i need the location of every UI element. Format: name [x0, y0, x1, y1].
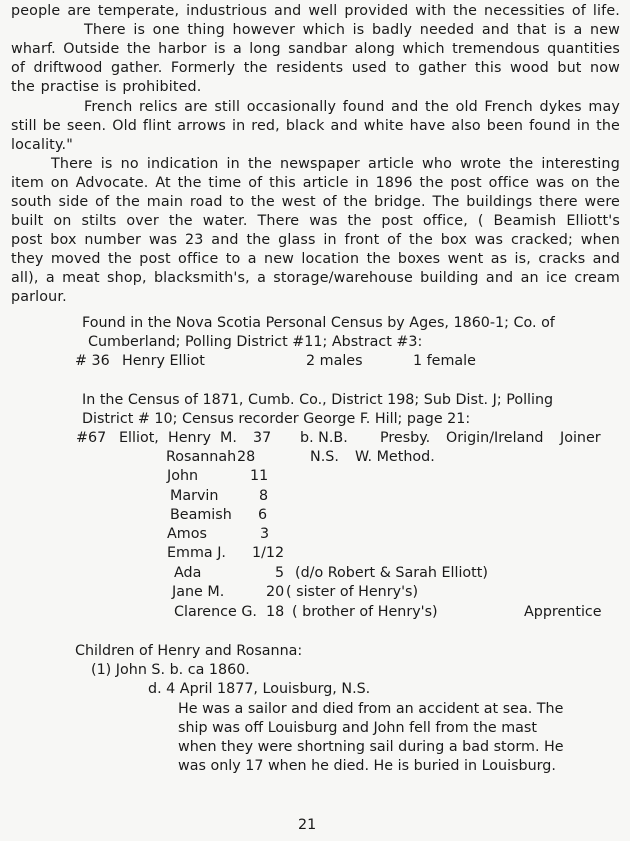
- census-1861-intro-2: Cumberland; Polling District #11; Abstra…: [88, 333, 422, 352]
- census-1861-entry-males: 2 males: [306, 352, 363, 371]
- text-line: There is one thing however which is badl…: [11, 21, 620, 40]
- census-1861-entry-females: 1 female: [413, 352, 476, 371]
- census-row-religion: Presby.: [380, 429, 430, 448]
- census-1871-intro-1: In the Census of 1871, Cumb. Co., Distri…: [82, 391, 553, 410]
- census-row-age: 20: [266, 583, 284, 602]
- children-heading: Children of Henry and Rosanna:: [75, 642, 302, 661]
- text-line: they moved the post office to a new loca…: [11, 250, 620, 269]
- text-line: of driftwood gather. Formerly the reside…: [11, 59, 620, 78]
- census-row-birthplace: N.S.: [310, 448, 339, 467]
- paragraph-french-relics: French relics are still occasionally fou…: [11, 98, 620, 155]
- text-line: post box number was 23 and the glass in …: [11, 231, 620, 250]
- text-line: locality.": [11, 136, 620, 155]
- census-row-name: Emma J.: [167, 544, 226, 563]
- census-row-age: 28: [237, 448, 255, 467]
- child-1-death: d. 4 April 1877, Louisburg, N.S.: [148, 680, 370, 699]
- census-row-note: ( brother of Henry's): [292, 603, 438, 622]
- census-row-name: Marvin: [170, 487, 218, 506]
- household-number: #67: [76, 429, 106, 448]
- census-row-origin: Origin/Ireland: [446, 429, 543, 448]
- census-row-name: Rosannah: [166, 448, 236, 467]
- text-line: built on stilts over the water. There wa…: [11, 212, 620, 231]
- household-surname: Elliot,: [119, 429, 159, 448]
- census-row-age: 8: [259, 487, 268, 506]
- census-row-note: (d/o Robert & Sarah Elliott): [295, 564, 488, 583]
- census-1861-entry-name: Henry Elliot: [122, 352, 205, 371]
- census-row-occupation: Apprentice: [524, 603, 602, 622]
- census-row-age: 3: [260, 525, 269, 544]
- census-row-age: 37: [253, 429, 271, 448]
- paragraph-temperate: people are temperate, industrious and we…: [11, 2, 620, 97]
- child-1-story-line: was only 17 when he died. He is buried i…: [178, 757, 556, 776]
- text-line: all), a meat shop, blacksmith's, a stora…: [11, 269, 620, 288]
- child-1-label: (1) John S. b. ca 1860.: [91, 661, 250, 680]
- census-1861-intro-1: Found in the Nova Scotia Personal Census…: [82, 314, 555, 333]
- census-row-age: 1/12: [252, 544, 284, 563]
- census-row-note: ( sister of Henry's): [286, 583, 418, 602]
- census-row-name: Beamish: [170, 506, 232, 525]
- census-row-age: 6: [258, 506, 267, 525]
- child-1-story-line: ship was off Louisburg and John fell fro…: [178, 719, 537, 738]
- census-row-occupation: Joiner: [560, 429, 601, 448]
- text-line: There is no indication in the newspaper …: [11, 155, 620, 174]
- text-line: parlour.: [11, 288, 620, 307]
- text-line: the practise is prohibited.: [11, 78, 620, 97]
- census-row-age: 18: [266, 603, 284, 622]
- census-row-religion: W. Method.: [355, 448, 435, 467]
- document-page: people are temperate, industrious and we…: [0, 0, 630, 841]
- page-number: 21: [298, 817, 316, 833]
- census-row-name: Jane M.: [172, 583, 224, 602]
- text-line: wharf. Outside the harbor is a long sand…: [11, 40, 620, 59]
- census-row-age: 11: [250, 467, 268, 486]
- census-row-name: Ada: [174, 564, 201, 583]
- census-row-age: 5: [275, 564, 284, 583]
- paragraph-post-office: There is no indication in the newspaper …: [11, 155, 620, 308]
- text-line: still be seen. Old flint arrows in red, …: [11, 117, 620, 136]
- text-line: French relics are still occasionally fou…: [11, 98, 620, 117]
- child-1-story-line: when they were shortning sail during a b…: [178, 738, 564, 757]
- text-line: people are temperate, industrious and we…: [11, 2, 620, 21]
- census-row-name: Henry M.: [168, 429, 237, 448]
- census-row-name: Amos: [167, 525, 207, 544]
- census-row-birthplace: b. N.B.: [300, 429, 348, 448]
- text-line: south side of the main road to the west …: [11, 193, 620, 212]
- census-row-name: Clarence G.: [174, 603, 257, 622]
- text-line: item on Advocate. At the time of this ar…: [11, 174, 620, 193]
- census-1861-entry-number: # 36: [75, 352, 110, 371]
- census-1871-intro-2: District # 10; Census recorder George F.…: [82, 410, 470, 429]
- census-row-name: John: [167, 467, 198, 486]
- child-1-story-line: He was a sailor and died from an acciden…: [178, 700, 563, 719]
